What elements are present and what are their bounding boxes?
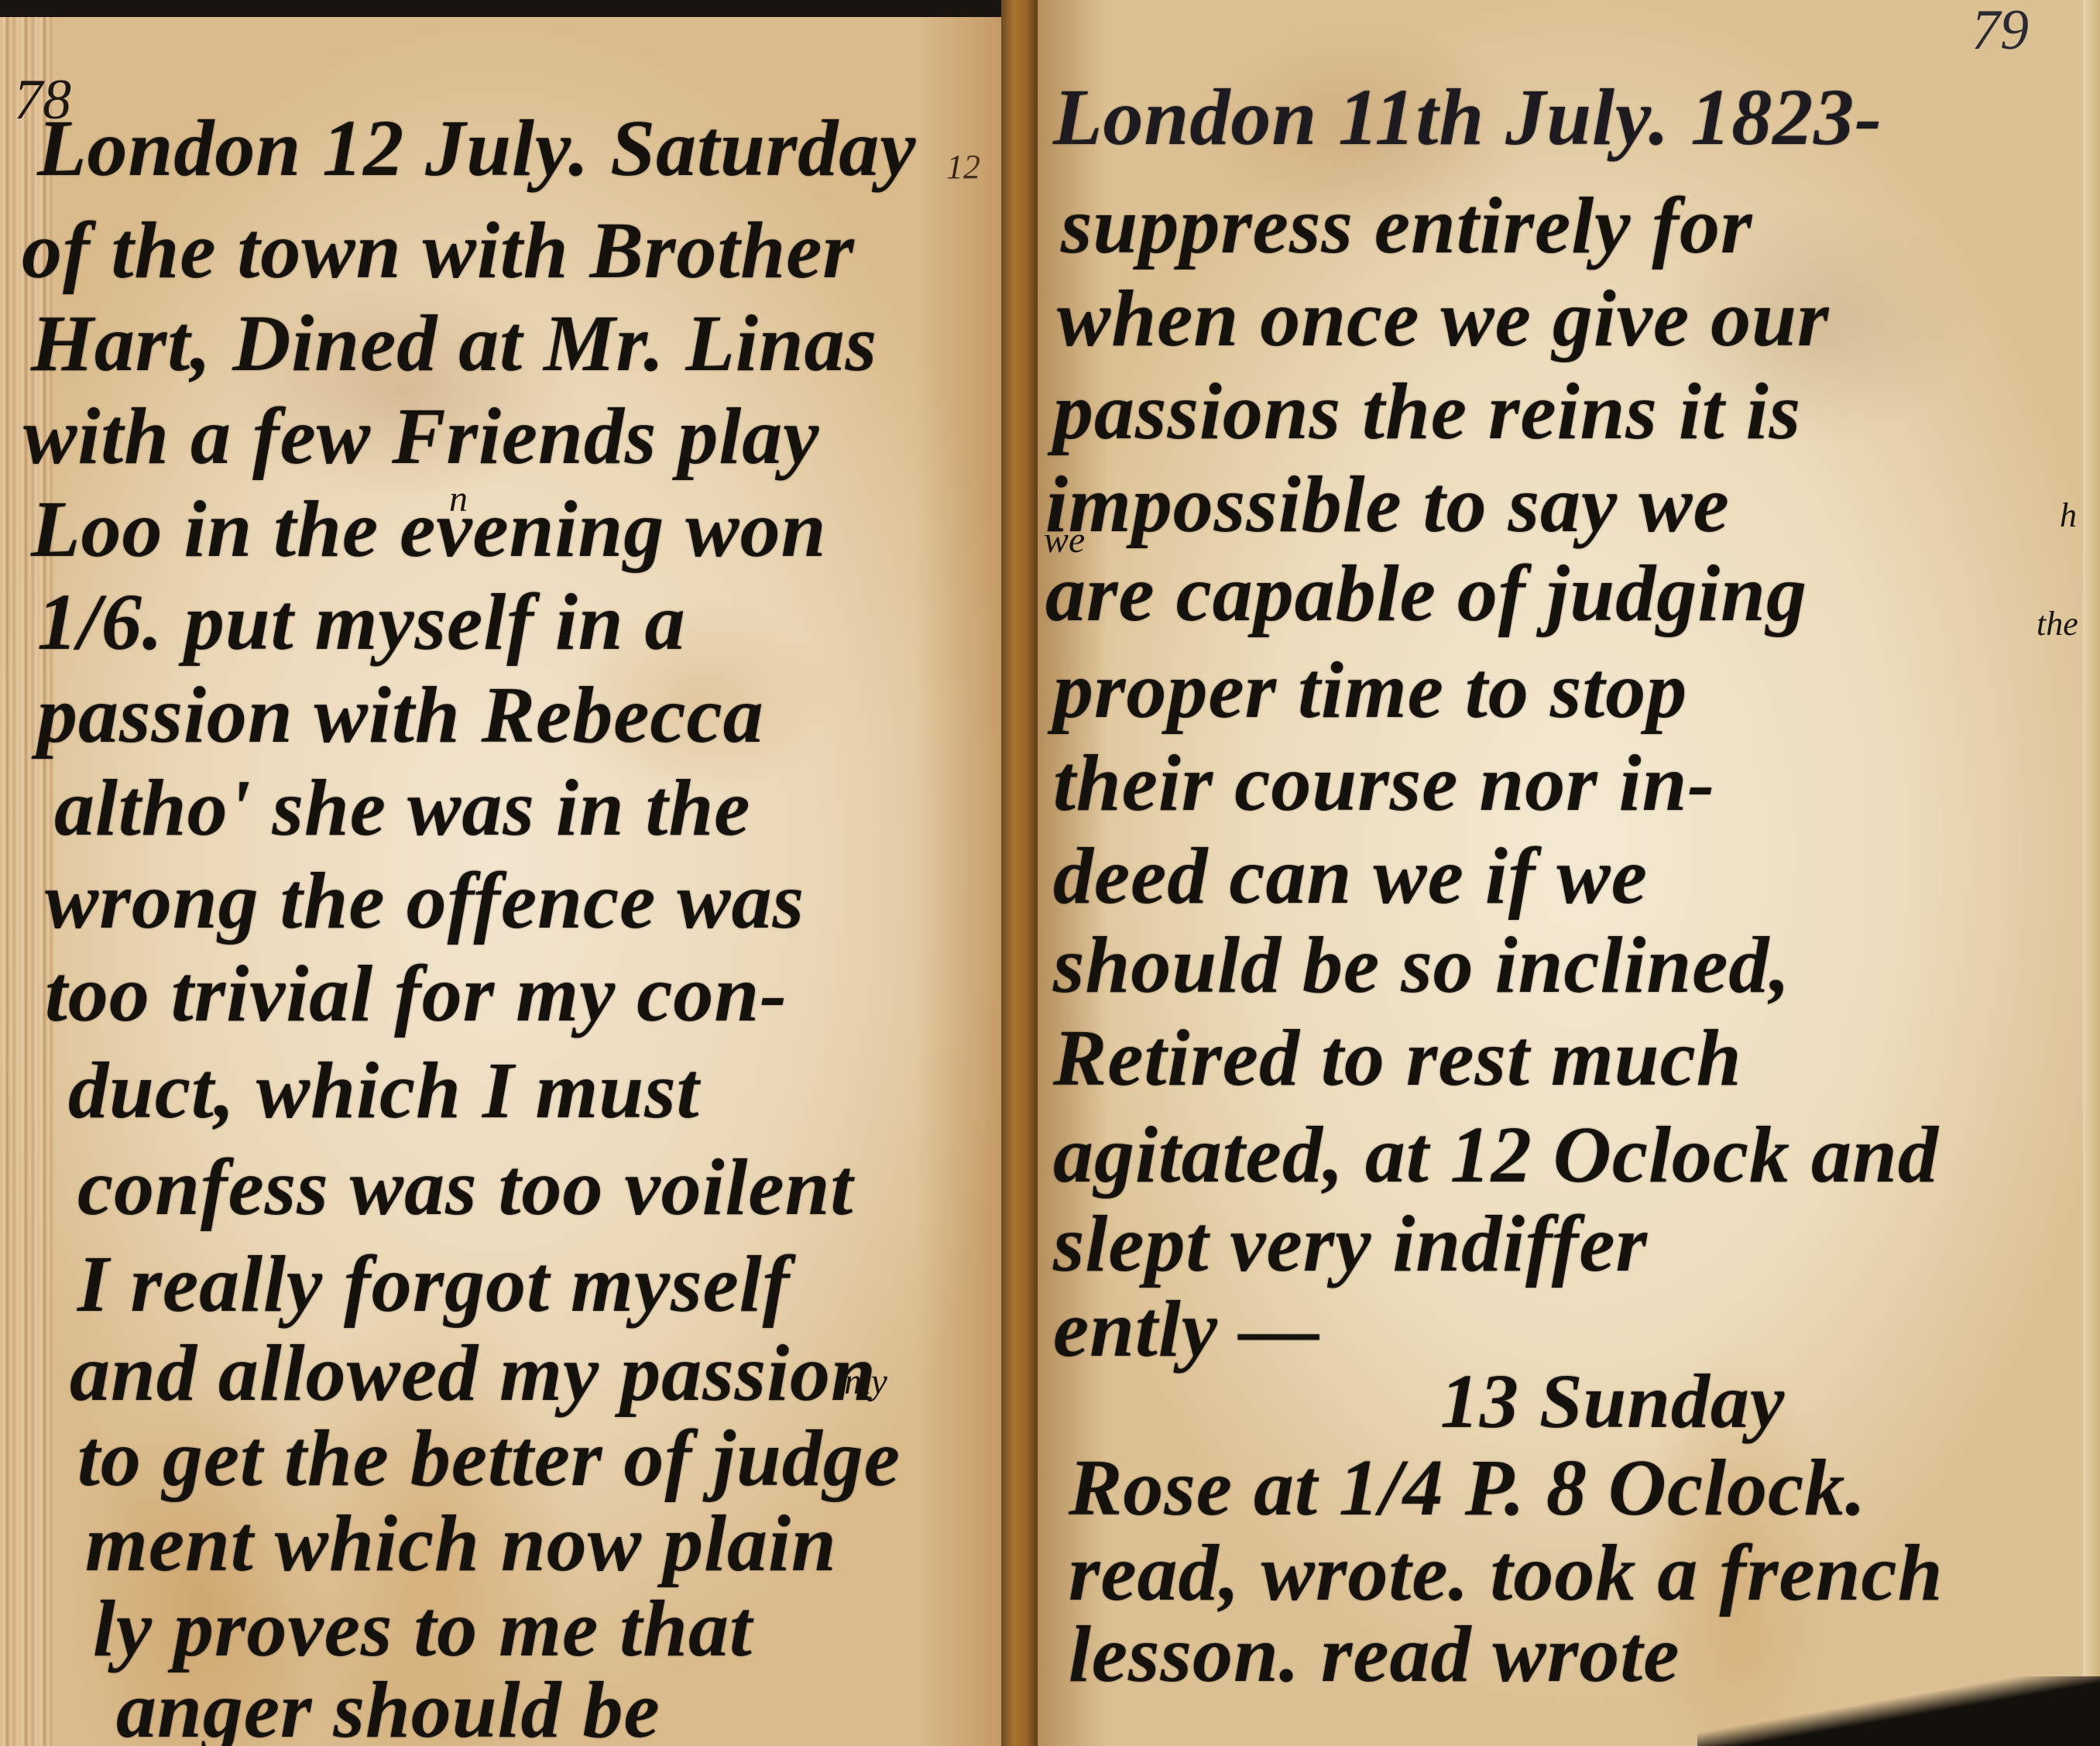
text-line: London 12 July. Saturday: [37, 108, 916, 189]
margin-note-the: the: [2037, 604, 2078, 643]
text-line: when once we give our: [1057, 279, 1829, 359]
text-line: should be so inclined,: [1053, 925, 1790, 1006]
right-page: 79 London 11th July. 1823- suppress enti…: [1038, 0, 2100, 1746]
text-line: anger should be: [116, 1670, 661, 1746]
text-line: I really forgot myself: [77, 1244, 790, 1325]
interlinear-n: n: [449, 478, 468, 520]
text-line: too trivial for my con-: [45, 954, 787, 1034]
text-line: passions the reins it is: [1053, 372, 1801, 452]
entry-date-header: London 11th July. 1823-: [1053, 77, 1882, 158]
text-line: altho' she was in the: [54, 768, 750, 849]
text-line: Retired to rest much: [1053, 1018, 1742, 1099]
text-line: confess was too voilent: [77, 1147, 853, 1228]
text-line: are capable of judging: [1045, 554, 1807, 634]
text-line: passion with Rebecca: [37, 675, 764, 756]
text-line: suppress entirely for: [1061, 186, 1752, 266]
text-line: their course nor in-: [1053, 743, 1715, 824]
text-line: 1/6. put myself in a: [37, 582, 686, 663]
text-line: with a few Friends play: [23, 396, 819, 477]
text-line: and allowed my passion: [70, 1333, 877, 1414]
interlinear-my: my: [844, 1360, 887, 1403]
text-line: Hart, Dined at Mr. Linas: [31, 304, 877, 384]
entry-date-13-sunday: 13 Sunday: [1440, 1363, 1785, 1440]
diary-spread: 78 12 London 12 July. Saturday of the to…: [0, 0, 2100, 1746]
page-edge: [2083, 0, 2100, 1746]
text-line: Rose at 1/4 P. 8 Oclock.: [1069, 1448, 1866, 1528]
text-line: read, wrote. took a french: [1069, 1533, 1944, 1614]
text-line: duct, which I must: [68, 1051, 700, 1131]
text-line: lesson. read wrote: [1069, 1614, 1680, 1695]
book-gutter: [1001, 0, 1038, 1746]
text-line: to get the better of judge: [77, 1418, 901, 1499]
text-line: of the town with Brother: [22, 211, 855, 291]
text-line: Loo in the evening won: [31, 489, 826, 570]
text-line: ment which now plain: [85, 1504, 837, 1584]
margin-note-12: 12: [946, 147, 980, 187]
text-line: impossible to say we: [1045, 465, 1730, 545]
text-line: ly proves to me that: [93, 1589, 753, 1669]
text-line: agitated, at 12 Oclock and: [1053, 1115, 1939, 1195]
text-line: deed can we if we: [1053, 836, 1648, 917]
text-line: ently —: [1053, 1289, 1320, 1370]
left-page: 78 12 London 12 July. Saturday of the to…: [0, 0, 1001, 1746]
text-line: slept very indiffer: [1053, 1204, 1648, 1285]
text-line: wrong the offence was: [45, 861, 805, 942]
text-line: proper time to stop: [1053, 650, 1687, 731]
margin-note-h: h: [2060, 496, 2077, 535]
page-number-right: 79: [1971, 2, 2029, 59]
